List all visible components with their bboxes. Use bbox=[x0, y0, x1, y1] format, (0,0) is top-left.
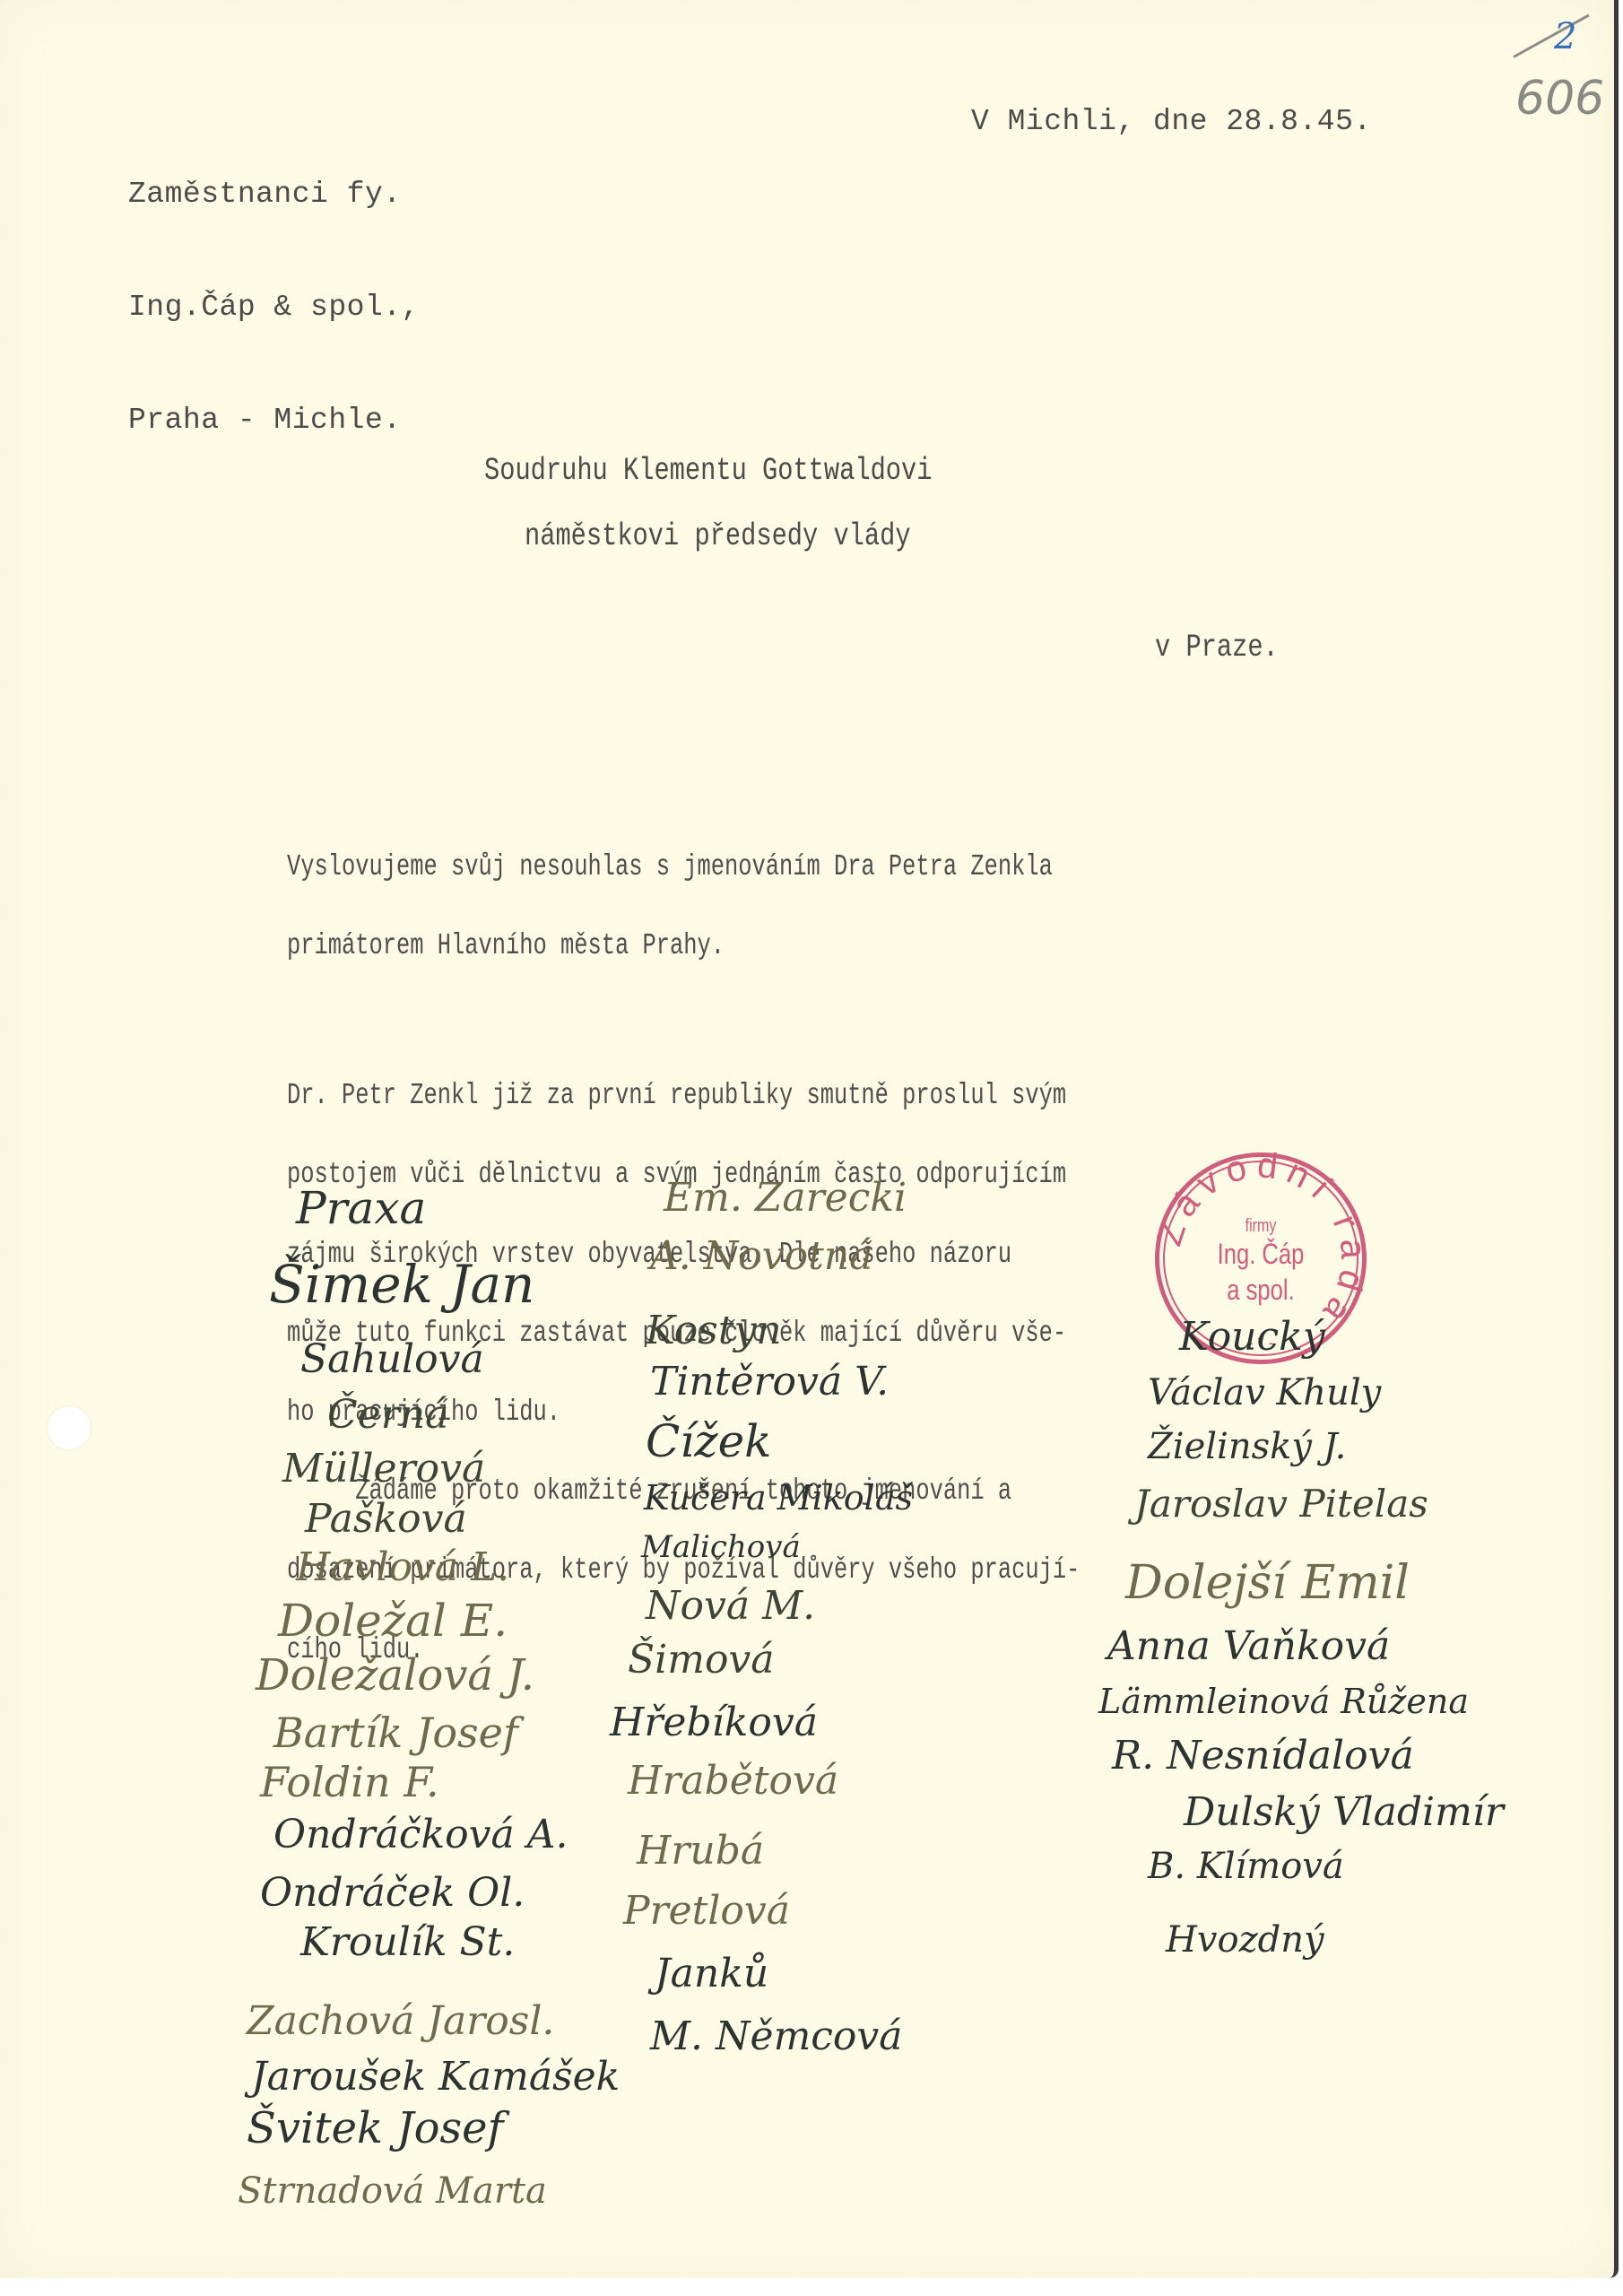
signature: Koucký bbox=[1179, 1314, 1325, 1360]
signature: Foldin F. bbox=[260, 1758, 439, 1806]
stamp-line: a spol. bbox=[1180, 1274, 1342, 1307]
body-line: primátorem Hlavního města Prahy. bbox=[287, 933, 1080, 959]
punch-hole bbox=[48, 1406, 91, 1449]
signature: Anna Vaňková bbox=[1107, 1623, 1390, 1669]
signature: Žielinský J. bbox=[1148, 1426, 1346, 1467]
signature: Šimek Jan bbox=[269, 1254, 534, 1315]
signature: Hrubá bbox=[637, 1828, 764, 1874]
signature: Hvozdný bbox=[1166, 1919, 1324, 1961]
signature: Pretlová bbox=[623, 1888, 790, 1934]
signature: Lämmleinová Růžena bbox=[1098, 1682, 1469, 1721]
signature: Doležalová J. bbox=[256, 1650, 534, 1700]
archive-folio-pencil: 606 bbox=[1515, 72, 1604, 126]
signature: Dolejší Emil bbox=[1125, 1556, 1410, 1610]
signature: A. Novotná bbox=[650, 1233, 872, 1279]
signature: Jaroušek Kamášek bbox=[251, 2054, 620, 2100]
signature: Ondráček Ol. bbox=[260, 1870, 525, 1916]
signature: Václav Khuly bbox=[1148, 1372, 1381, 1413]
signature: Em. Zarecki bbox=[664, 1175, 907, 1221]
recipient-name: Soudruhu Klementu Gottwaldovi bbox=[484, 453, 932, 489]
signature: Nová M. bbox=[646, 1583, 815, 1629]
stamp-line: Ing. Čáp bbox=[1180, 1238, 1342, 1271]
signature: Strnadová Marta bbox=[238, 2170, 547, 2212]
signature: Šimová bbox=[628, 1637, 775, 1683]
signature: Zachová Jarosl. bbox=[247, 1998, 554, 2044]
sender-line: Ing.Čáp & spol., bbox=[128, 289, 420, 326]
signature: Hřebíková bbox=[610, 1700, 818, 1745]
signature: Kučera Mikoláš bbox=[644, 1478, 913, 1518]
signature: Janků bbox=[655, 1951, 768, 1996]
place-date: V Michli, dne 28.8.45. bbox=[971, 103, 1372, 141]
signature: Malichová bbox=[641, 1529, 801, 1565]
body-line: Dr. Petr Zenkl již za první republiky sm… bbox=[287, 1083, 1080, 1109]
recipient-title: náměstkovi předsedy vlády bbox=[525, 518, 911, 554]
signature: Müllerová bbox=[282, 1446, 485, 1492]
signature: Dulský Vladimír bbox=[1184, 1789, 1504, 1835]
signature: Jaroslav Pitelas bbox=[1134, 1482, 1428, 1526]
body-line: Vyslovujeme svůj nesouhlas s jmenováním … bbox=[287, 854, 1080, 880]
archive-folio-blue: 2 bbox=[1554, 16, 1576, 57]
signature: Hrabětová bbox=[628, 1758, 838, 1804]
signature: R. Nesnídalová bbox=[1112, 1733, 1414, 1779]
letter-page: Zaměstnanci fy. Ing.Čáp & spol., Praha -… bbox=[0, 0, 1619, 2278]
signature: Švitek Josef bbox=[247, 2103, 503, 2153]
signature: Čížek bbox=[646, 1415, 771, 1467]
recipient-city: v Praze. bbox=[1155, 630, 1279, 665]
signature: Bartík Josef bbox=[273, 1709, 518, 1757]
signature: B. Klímová bbox=[1148, 1846, 1344, 1887]
signature: Kostyn bbox=[646, 1308, 782, 1353]
signature: Černá bbox=[327, 1392, 448, 1438]
sender-block: Zaměstnanci fy. Ing.Čáp & spol., Praha -… bbox=[128, 100, 420, 515]
signature: Havlová L. bbox=[296, 1544, 509, 1590]
signature: M. Němcová bbox=[650, 2013, 903, 2059]
signature: Tintěrová V. bbox=[650, 1359, 889, 1405]
stamp-line: firmy bbox=[1180, 1216, 1342, 1237]
sender-line: Zaměstnanci fy. bbox=[128, 176, 420, 213]
signature: Sahulová bbox=[300, 1336, 484, 1382]
signature: Ondráčková A. bbox=[273, 1812, 568, 1857]
archive-strike-line bbox=[1513, 14, 1589, 58]
signature: Praxa bbox=[296, 1182, 426, 1234]
signature: Doležal E. bbox=[278, 1595, 508, 1647]
signature: Kroulík St. bbox=[300, 1919, 515, 1965]
signature: Pašková bbox=[305, 1496, 467, 1542]
sender-line: Praha - Michle. bbox=[128, 402, 420, 439]
